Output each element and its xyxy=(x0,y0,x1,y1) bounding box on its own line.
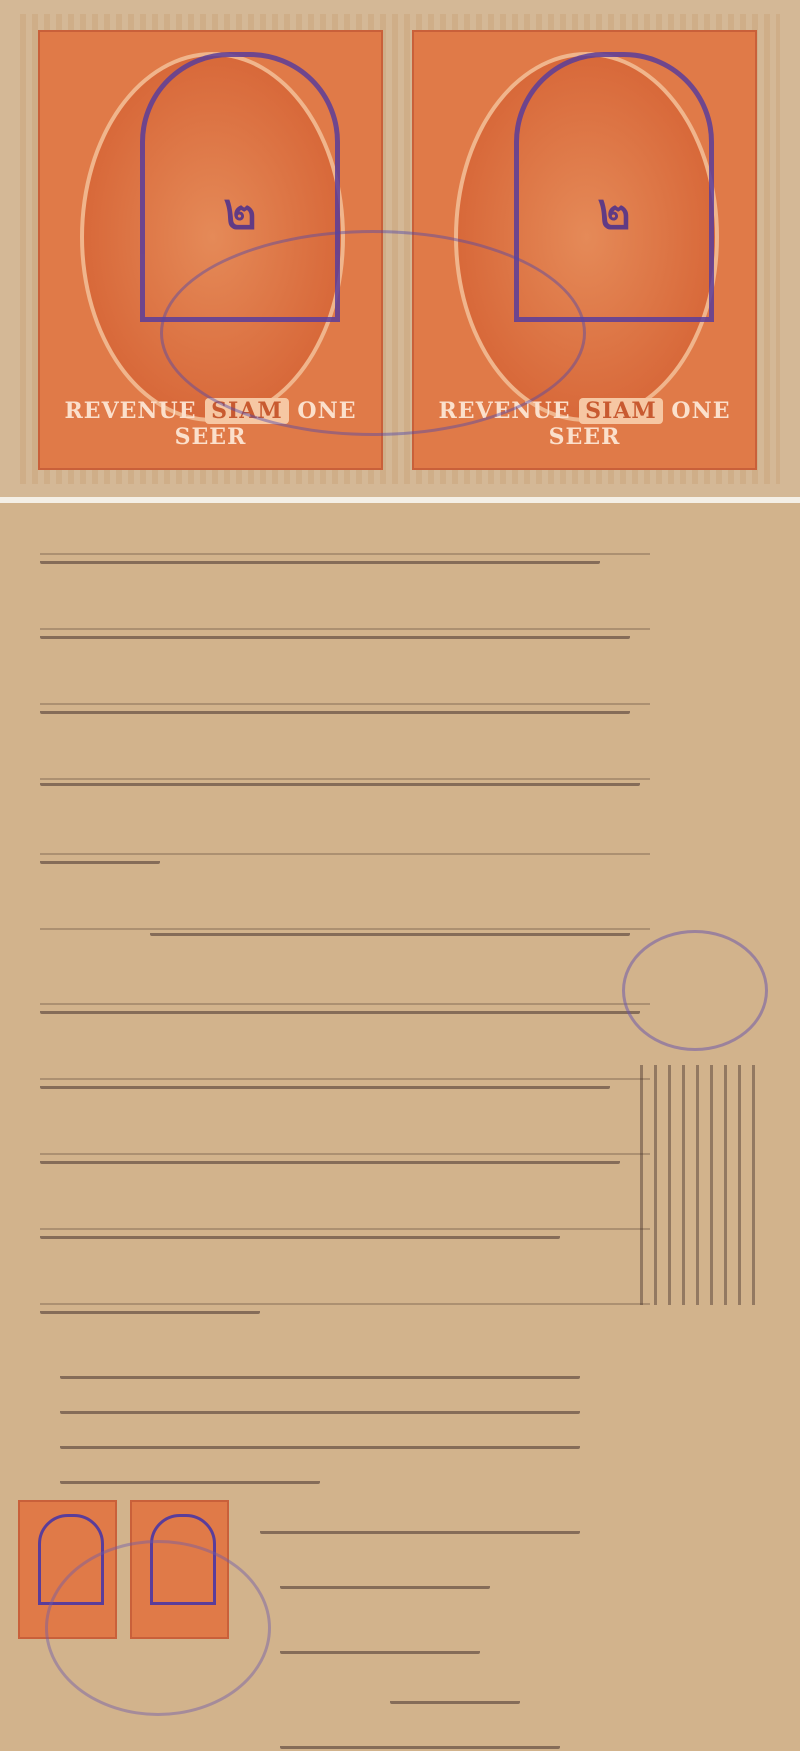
handwriting-line xyxy=(40,693,630,714)
handwriting-line xyxy=(40,993,640,1014)
handwriting-line xyxy=(40,1143,620,1164)
handwriting-line xyxy=(40,1218,560,1239)
signature-line xyxy=(390,1683,520,1704)
handwriting-line xyxy=(40,1068,610,1089)
marginal-note xyxy=(640,1065,760,1305)
postmark-oval xyxy=(160,230,586,436)
circular-seal xyxy=(622,930,768,1051)
circular-seal xyxy=(45,1540,271,1716)
signature-line xyxy=(280,1728,560,1749)
signature-line xyxy=(260,1513,580,1534)
handwriting-line xyxy=(60,1358,580,1379)
signature-line xyxy=(280,1568,490,1589)
handwriting-line xyxy=(40,543,600,564)
handwriting-line xyxy=(60,1463,320,1484)
handwriting-line xyxy=(60,1428,580,1449)
handwriting-line xyxy=(150,915,630,936)
handwriting-line xyxy=(40,1293,260,1314)
handwriting-line xyxy=(60,1393,580,1414)
handwriting-line xyxy=(40,765,640,786)
stamp-panel: ๒ REVENUE SIAM ONE SEER ๒ REVENUE SIAM O… xyxy=(0,0,800,497)
handwriting-line xyxy=(40,618,630,639)
signature-line xyxy=(280,1633,480,1654)
handwriting-line xyxy=(40,843,160,864)
